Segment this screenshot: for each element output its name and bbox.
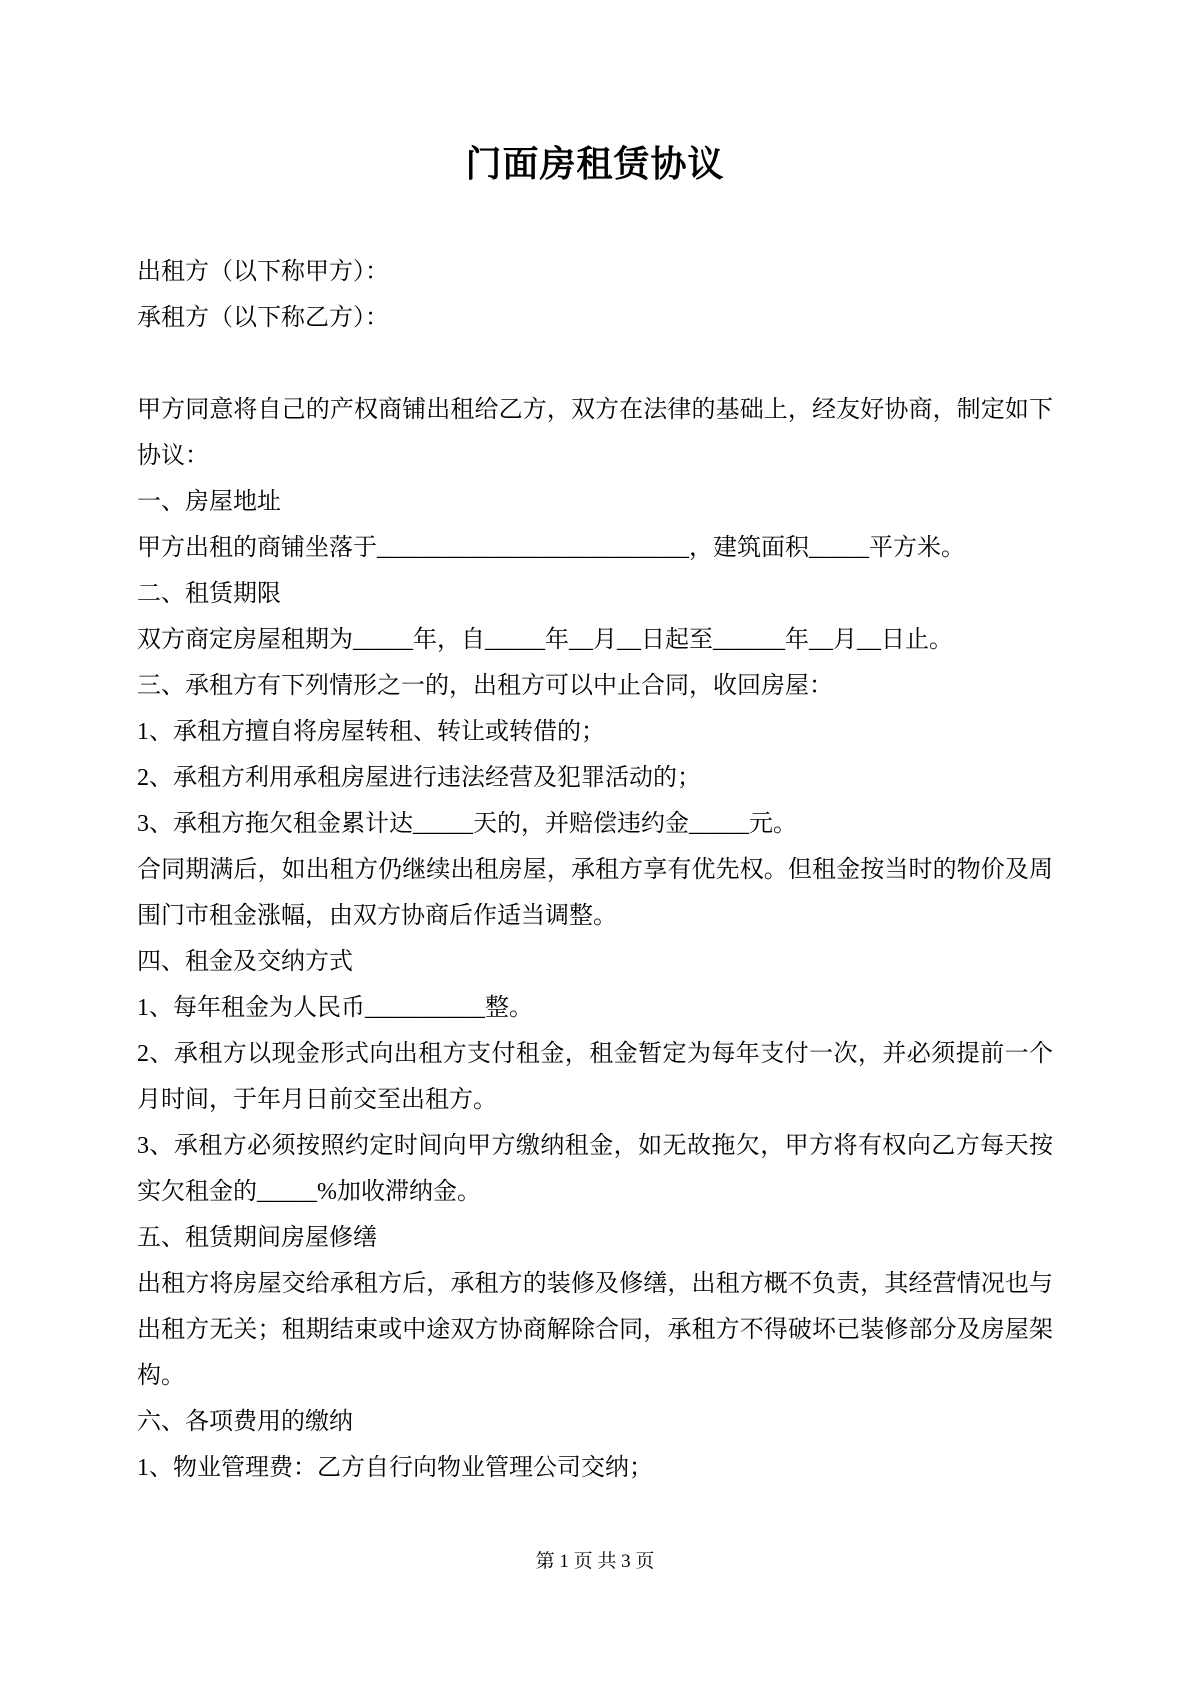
section-heading-6: 六、各项费用的缴纳 [137,1399,1053,1445]
paragraph-clause-3-1: 1、承租方擅自将房屋转租、转让或转借的； [137,709,1053,755]
paragraph-lessor: 出租方（以下称甲方）： [137,249,1053,295]
section-heading-4: 四、租金及交纳方式 [137,939,1053,985]
paragraph-clause-4-2: 2、承租方以现金形式向出租方支付租金，租金暂定为每年支付一次，并必须提前一个月时… [137,1031,1053,1123]
paragraph-address: 甲方出租的商铺坐落于__________________________，建筑面… [137,525,1053,571]
document-content: 门面房租赁协议 出租方（以下称甲方）： 承租方（以下称乙方）： 甲方同意将自己的… [137,0,1053,1491]
page-number-footer: 第 1 页 共 3 页 [0,1550,1190,1574]
paragraph-clause-4-3: 3、承租方必须按照约定时间向甲方缴纳租金，如无故拖欠，甲方将有权向乙方每天按实欠… [137,1123,1053,1215]
paragraph-preamble: 甲方同意将自己的产权商铺出租给乙方，双方在法律的基础上，经友好协商，制定如下协议… [137,387,1053,479]
document-title: 门面房租赁协议 [137,140,1053,188]
paragraph-lease-term: 双方商定房屋租期为_____年，自_____年__月__日起至______年__… [137,617,1053,663]
paragraph-lessee: 承租方（以下称乙方）： [137,295,1053,341]
section-heading-2: 二、租赁期限 [137,571,1053,617]
paragraph-blank [137,341,1053,387]
paragraph-clause-4-1: 1、每年租金为人民币__________整。 [137,985,1053,1031]
section-heading-5: 五、租赁期间房屋修缮 [137,1215,1053,1261]
section-heading-1: 一、房屋地址 [137,479,1053,525]
paragraph-clause-6-1: 1、物业管理费：乙方自行向物业管理公司交纳； [137,1445,1053,1491]
paragraph-renewal-priority: 合同期满后，如出租方仍继续出租房屋，承租方享有优先权。但租金按当时的物价及周围门… [137,847,1053,939]
paragraph-repair: 出租方将房屋交给承租方后，承租方的装修及修缮，出租方概不负责，其经营情况也与出租… [137,1261,1053,1399]
document-page: 门面房租赁协议 出租方（以下称甲方）： 承租方（以下称乙方）： 甲方同意将自己的… [0,0,1190,1683]
paragraph-clause-3-3: 3、承租方拖欠租金累计达_____天的，并赔偿违约金_____元。 [137,801,1053,847]
section-heading-3: 三、承租方有下列情形之一的，出租方可以中止合同，收回房屋： [137,663,1053,709]
paragraph-clause-3-2: 2、承租方利用承租房屋进行违法经营及犯罪活动的； [137,755,1053,801]
